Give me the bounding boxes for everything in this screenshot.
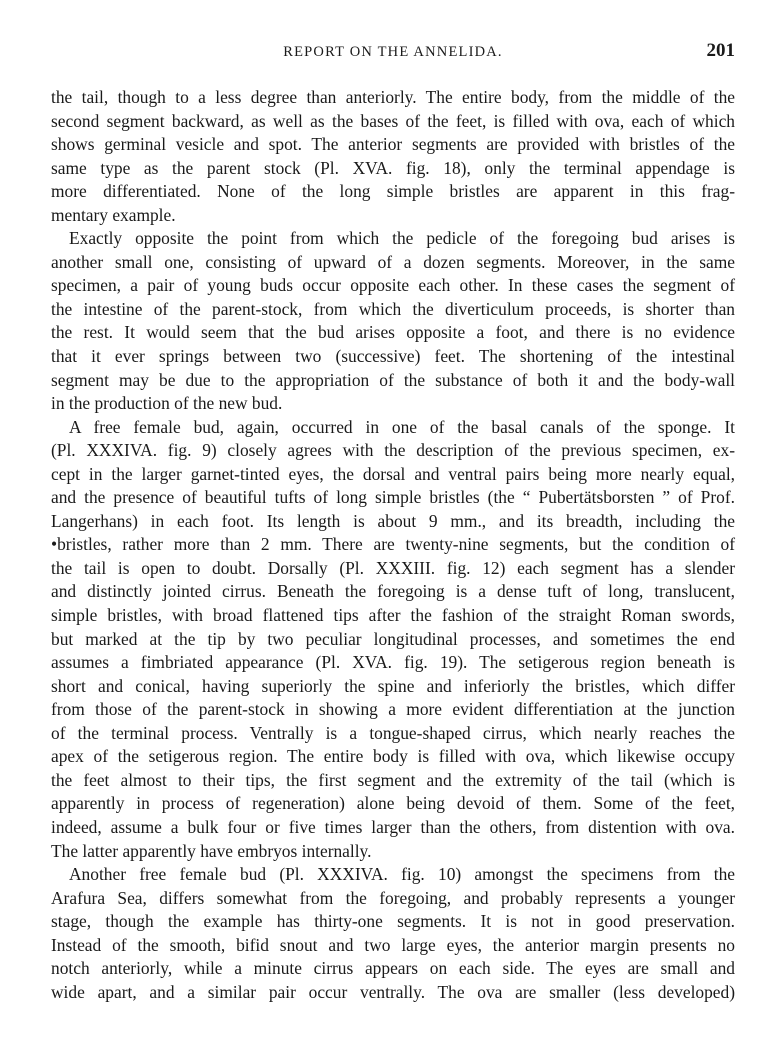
text-line: Langerhans) in each foot. Its length is … [51, 510, 735, 534]
text-line: apex of the setigerous region. The entir… [51, 745, 735, 769]
paragraph-4: Another free female bud (Pl. XXXIVA. fig… [51, 863, 735, 1004]
running-title: REPORT ON THE ANNELIDA. [51, 44, 735, 61]
text-line: another small one, consisting of upward … [51, 251, 735, 275]
text-line: segment may be due to the appropriation … [51, 369, 735, 393]
paragraph-2: Exactly opposite the point from which th… [51, 227, 735, 415]
body-text: the tail, though to a less degree than a… [51, 86, 735, 1004]
page-number: 201 [707, 40, 736, 62]
paragraph-3: A free female bud, again, occurred in on… [51, 416, 735, 863]
running-head: REPORT ON THE ANNELIDA. 201 [51, 40, 735, 64]
text-line: and distinctly jointed cirrus. Beneath t… [51, 580, 735, 604]
text-line: Arafura Sea, differs somewhat from the f… [51, 887, 735, 911]
text-line: stage, though the example has thirty-one… [51, 910, 735, 934]
text-line: of the terminal process. Ventrally is a … [51, 722, 735, 746]
text-line: the tail is open to doubt. Dorsally (Pl.… [51, 557, 735, 581]
text-line: simple bristles, with broad flattened ti… [51, 604, 735, 628]
text-line: same type as the parent stock (Pl. XVA. … [51, 157, 735, 181]
text-line: short and conical, having superiorly the… [51, 675, 735, 699]
text-line: The latter apparently have embryos inter… [51, 840, 735, 864]
text-line: Instead of the smooth, bifid snout and t… [51, 934, 735, 958]
text-line: Another free female bud (Pl. XXXIVA. fig… [51, 863, 735, 887]
text-line: the feet almost to their tips, the first… [51, 769, 735, 793]
paragraph-1: the tail, though to a less degree than a… [51, 86, 735, 227]
text-line: notch anteriorly, while a minute cirrus … [51, 957, 735, 981]
text-line: (Pl. XXXIVA. fig. 9) closely agrees with… [51, 439, 735, 463]
text-line: shows germinal vesicle and spot. The ant… [51, 133, 735, 157]
text-line: and the presence of beautiful tufts of l… [51, 486, 735, 510]
text-line: that it ever springs between two (succes… [51, 345, 735, 369]
text-line: •bristles, rather more than 2 mm. There … [51, 533, 735, 557]
text-line: assumes a fimbriated appearance (Pl. XVA… [51, 651, 735, 675]
text-line: cept in the larger garnet-tinted eyes, t… [51, 463, 735, 487]
text-line: but marked at the tip by two peculiar lo… [51, 628, 735, 652]
text-line: from those of the parent-stock in showin… [51, 698, 735, 722]
text-line: Exactly opposite the point from which th… [51, 227, 735, 251]
text-line: in the production of the new bud. [51, 392, 735, 416]
text-line: wide apart, and a similar pair occur ven… [51, 981, 735, 1005]
text-line: the rest. It would seem that the bud ari… [51, 321, 735, 345]
text-line: indeed, assume a bulk four or five times… [51, 816, 735, 840]
text-line: the intestine of the parent-stock, from … [51, 298, 735, 322]
text-line: mentary example. [51, 204, 735, 228]
text-line: the tail, though to a less degree than a… [51, 86, 735, 110]
text-line: more differentiated. None of the long si… [51, 180, 735, 204]
text-line: apparently in process of regeneration) a… [51, 792, 735, 816]
text-line: specimen, a pair of young buds occur opp… [51, 274, 735, 298]
text-line: second segment backward, as well as the … [51, 110, 735, 134]
text-line: A free female bud, again, occurred in on… [51, 416, 735, 440]
